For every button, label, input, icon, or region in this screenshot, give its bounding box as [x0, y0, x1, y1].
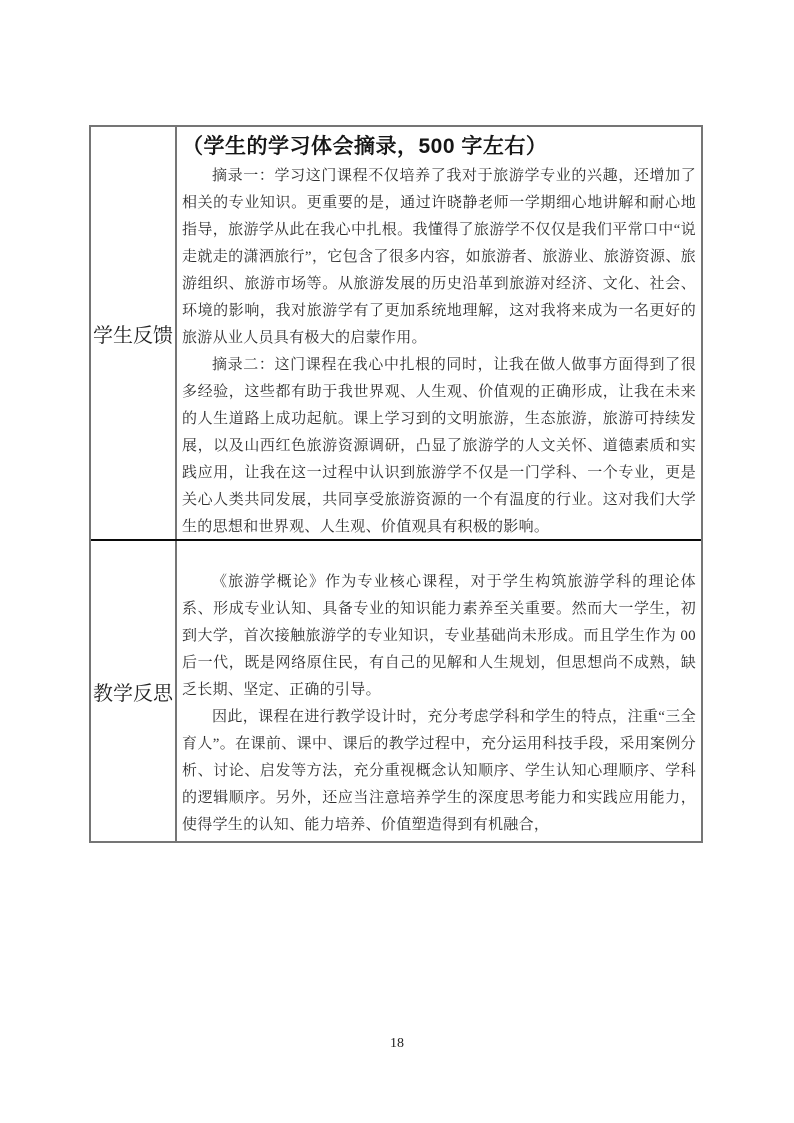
- teaching-reflection-label: 教学反思: [93, 677, 173, 706]
- feedback-excerpt-2: 摘录二：这门课程在我心中扎根的同时，让我在做人做事方面得到了很多经验，这些都有助…: [182, 352, 696, 539]
- student-feedback-content: （学生的学习体会摘录，500 字左右） 摘录一：学习这门课程不仅培养了我对于旅游…: [177, 127, 701, 539]
- row-header-cell: 教学反思: [91, 541, 177, 841]
- document-page: 学生反馈 （学生的学习体会摘录，500 字左右） 摘录一：学习这门课程不仅培养了…: [0, 0, 794, 1123]
- feedback-reflection-table: 学生反馈 （学生的学习体会摘录，500 字左右） 摘录一：学习这门课程不仅培养了…: [89, 125, 703, 843]
- student-feedback-label: 学生反馈: [93, 319, 173, 348]
- feedback-excerpt-1: 摘录一：学习这门课程不仅培养了我对于旅游学专业的兴趣，还增加了相关的专业知识。更…: [182, 163, 696, 352]
- feedback-section-heading: （学生的学习体会摘录，500 字左右）: [182, 133, 696, 160]
- reflection-paragraph-2: 因此，课程在进行教学设计时，充分考虑学科和学生的特点，注重“三全育人”。在课前、…: [182, 704, 696, 839]
- page-number: 18: [0, 1036, 794, 1052]
- table-row-student-feedback: 学生反馈 （学生的学习体会摘录，500 字左右） 摘录一：学习这门课程不仅培养了…: [91, 127, 701, 539]
- row-header-cell: 学生反馈: [91, 127, 177, 539]
- reflection-paragraph-1: 《旅游学概论》作为专业核心课程，对于学生构筑旅游学科的理论体系、形成专业认知、具…: [182, 569, 696, 704]
- table-row-teaching-reflection: 教学反思 《旅游学概论》作为专业核心课程，对于学生构筑旅游学科的理论体系、形成专…: [91, 539, 701, 841]
- teaching-reflection-content: 《旅游学概论》作为专业核心课程，对于学生构筑旅游学科的理论体系、形成专业认知、具…: [177, 541, 701, 841]
